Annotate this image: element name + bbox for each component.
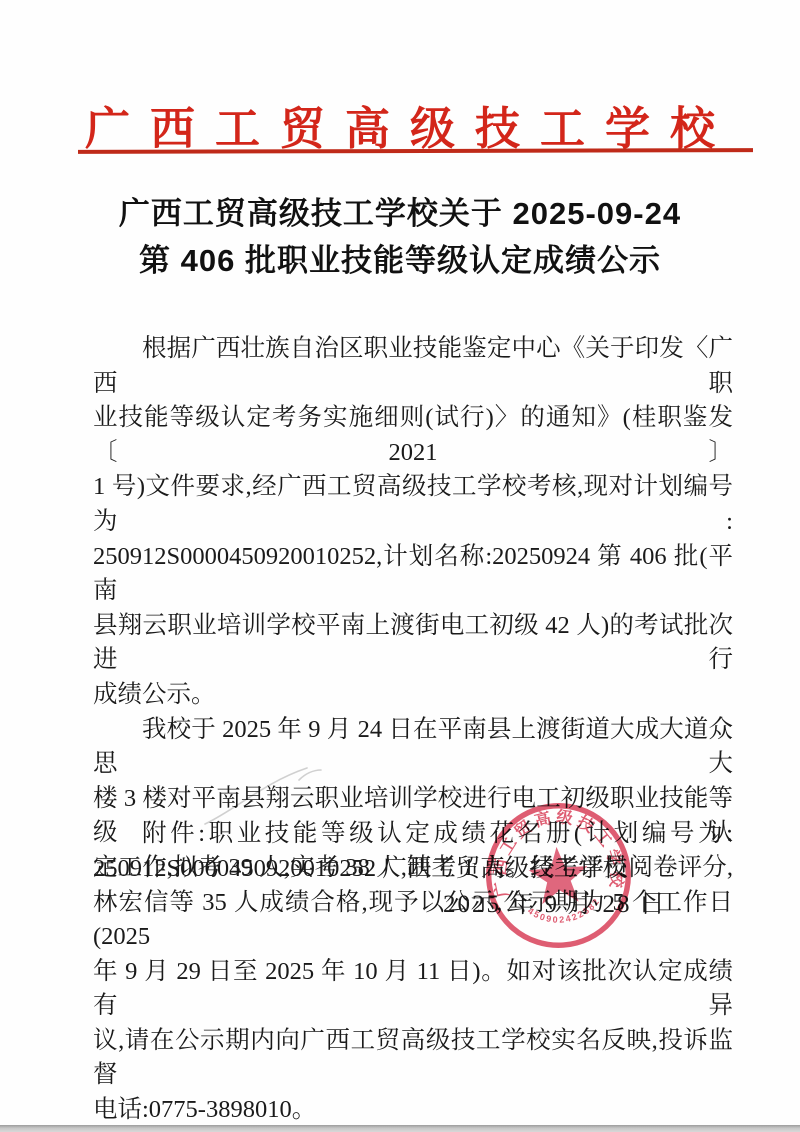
scan-edge	[0, 1125, 800, 1132]
paragraph-line: 我校于 2025 年 9 月 24 日在平南县上渡街道大成大道众思大	[93, 713, 733, 782]
paragraph-line: 年 9 月 29 日至 2025 年 10 月 11 日)。如对该批次认定成绩有…	[93, 955, 733, 1024]
notice-title-line1: 广西工贸高级技工学校关于 2025-09-24	[60, 190, 740, 237]
paragraph-line: 1 号)文件要求,经广西工贸高级技工学校考核,现对计划编号为:	[93, 470, 733, 539]
paragraph-line: 县翔云职业培训学校平南上渡街电工初级 42 人)的考试批次进行	[93, 609, 733, 678]
notice-page: 广西工贸高级技工学校 广西工贸高级技工学校关于 2025-09-24 第 406…	[0, 0, 800, 1132]
notice-title-line2: 第 406 批职业技能等级认定成绩公示	[60, 237, 740, 284]
paragraph-line: 根据广西壮族自治区职业技能鉴定中心《关于印发〈广西职	[93, 332, 733, 401]
letterhead-school-name: 广西工贸高级技工学校	[0, 92, 800, 157]
paragraph-line: 成绩公示。	[93, 678, 733, 713]
attachment-line: 附件:职业技能等级认定成绩花名册(计划编号为:	[93, 816, 733, 851]
notice-title: 广西工贸高级技工学校关于 2025-09-24 第 406 批职业技能等级认定成…	[60, 190, 740, 284]
notice-body: 根据广西壮族自治区职业技能鉴定中心《关于印发〈广西职 业技能等级认定考务实施细则…	[93, 332, 733, 1128]
paragraph-line: 电话:0775-3898010。	[93, 1093, 733, 1128]
seal-star	[527, 845, 590, 905]
paragraph-line: 议,请在公示期内向广西工贸高级技工学校实名反映,投诉监督	[93, 1024, 733, 1093]
attachment-section: 附件:职业技能等级认定成绩花名册(计划编号为: 250912S000045092…	[93, 816, 733, 886]
official-seal: 广西工贸高级技工学校 4509024228828	[476, 793, 641, 958]
attachment-line: 250912S0000450920010252 广西工贸高级技工学校	[93, 851, 733, 886]
pencil-mark	[195, 762, 355, 832]
paragraph-line: 250912S0000450920010252,计划名称:20250924 第 …	[93, 540, 733, 609]
paragraph-line: 业技能等级认定考务实施细则(试行)〉的通知》(桂职鉴发〔2021〕	[93, 401, 733, 470]
